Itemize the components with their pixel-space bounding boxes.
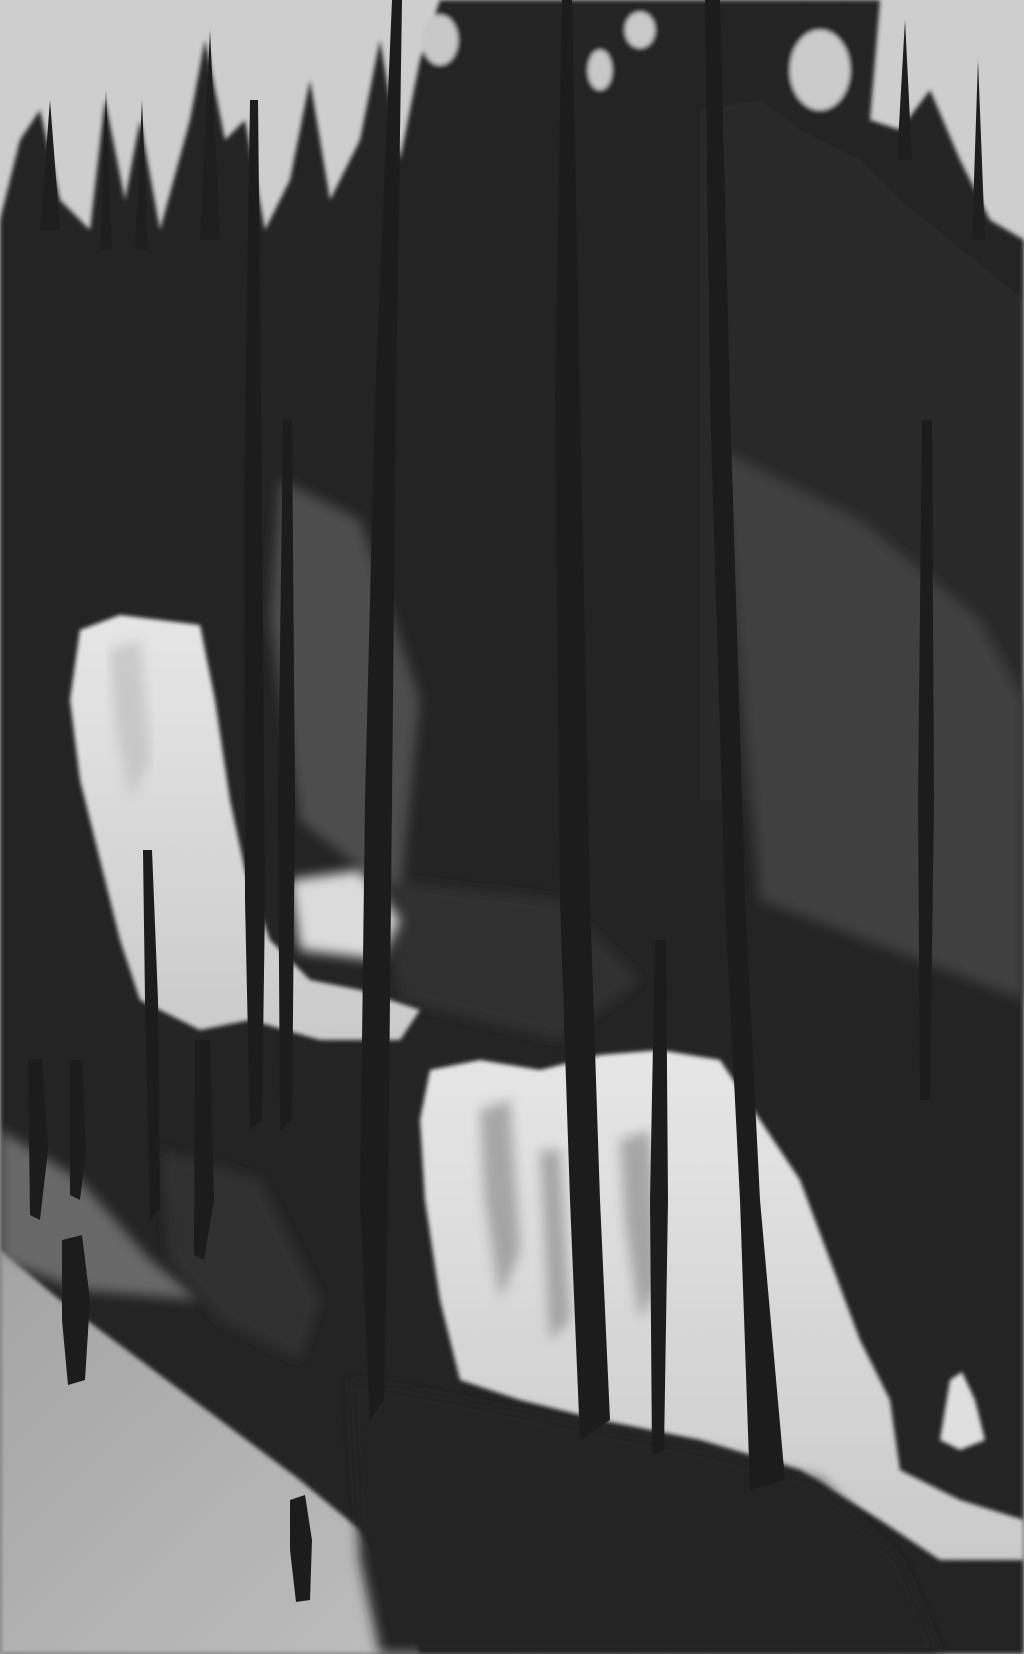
- waterfall-photograph: Waterfalls cascading through a dense eve…: [0, 0, 1024, 1654]
- photo-canvas: [0, 0, 1024, 1654]
- film-grain: [0, 0, 1024, 1654]
